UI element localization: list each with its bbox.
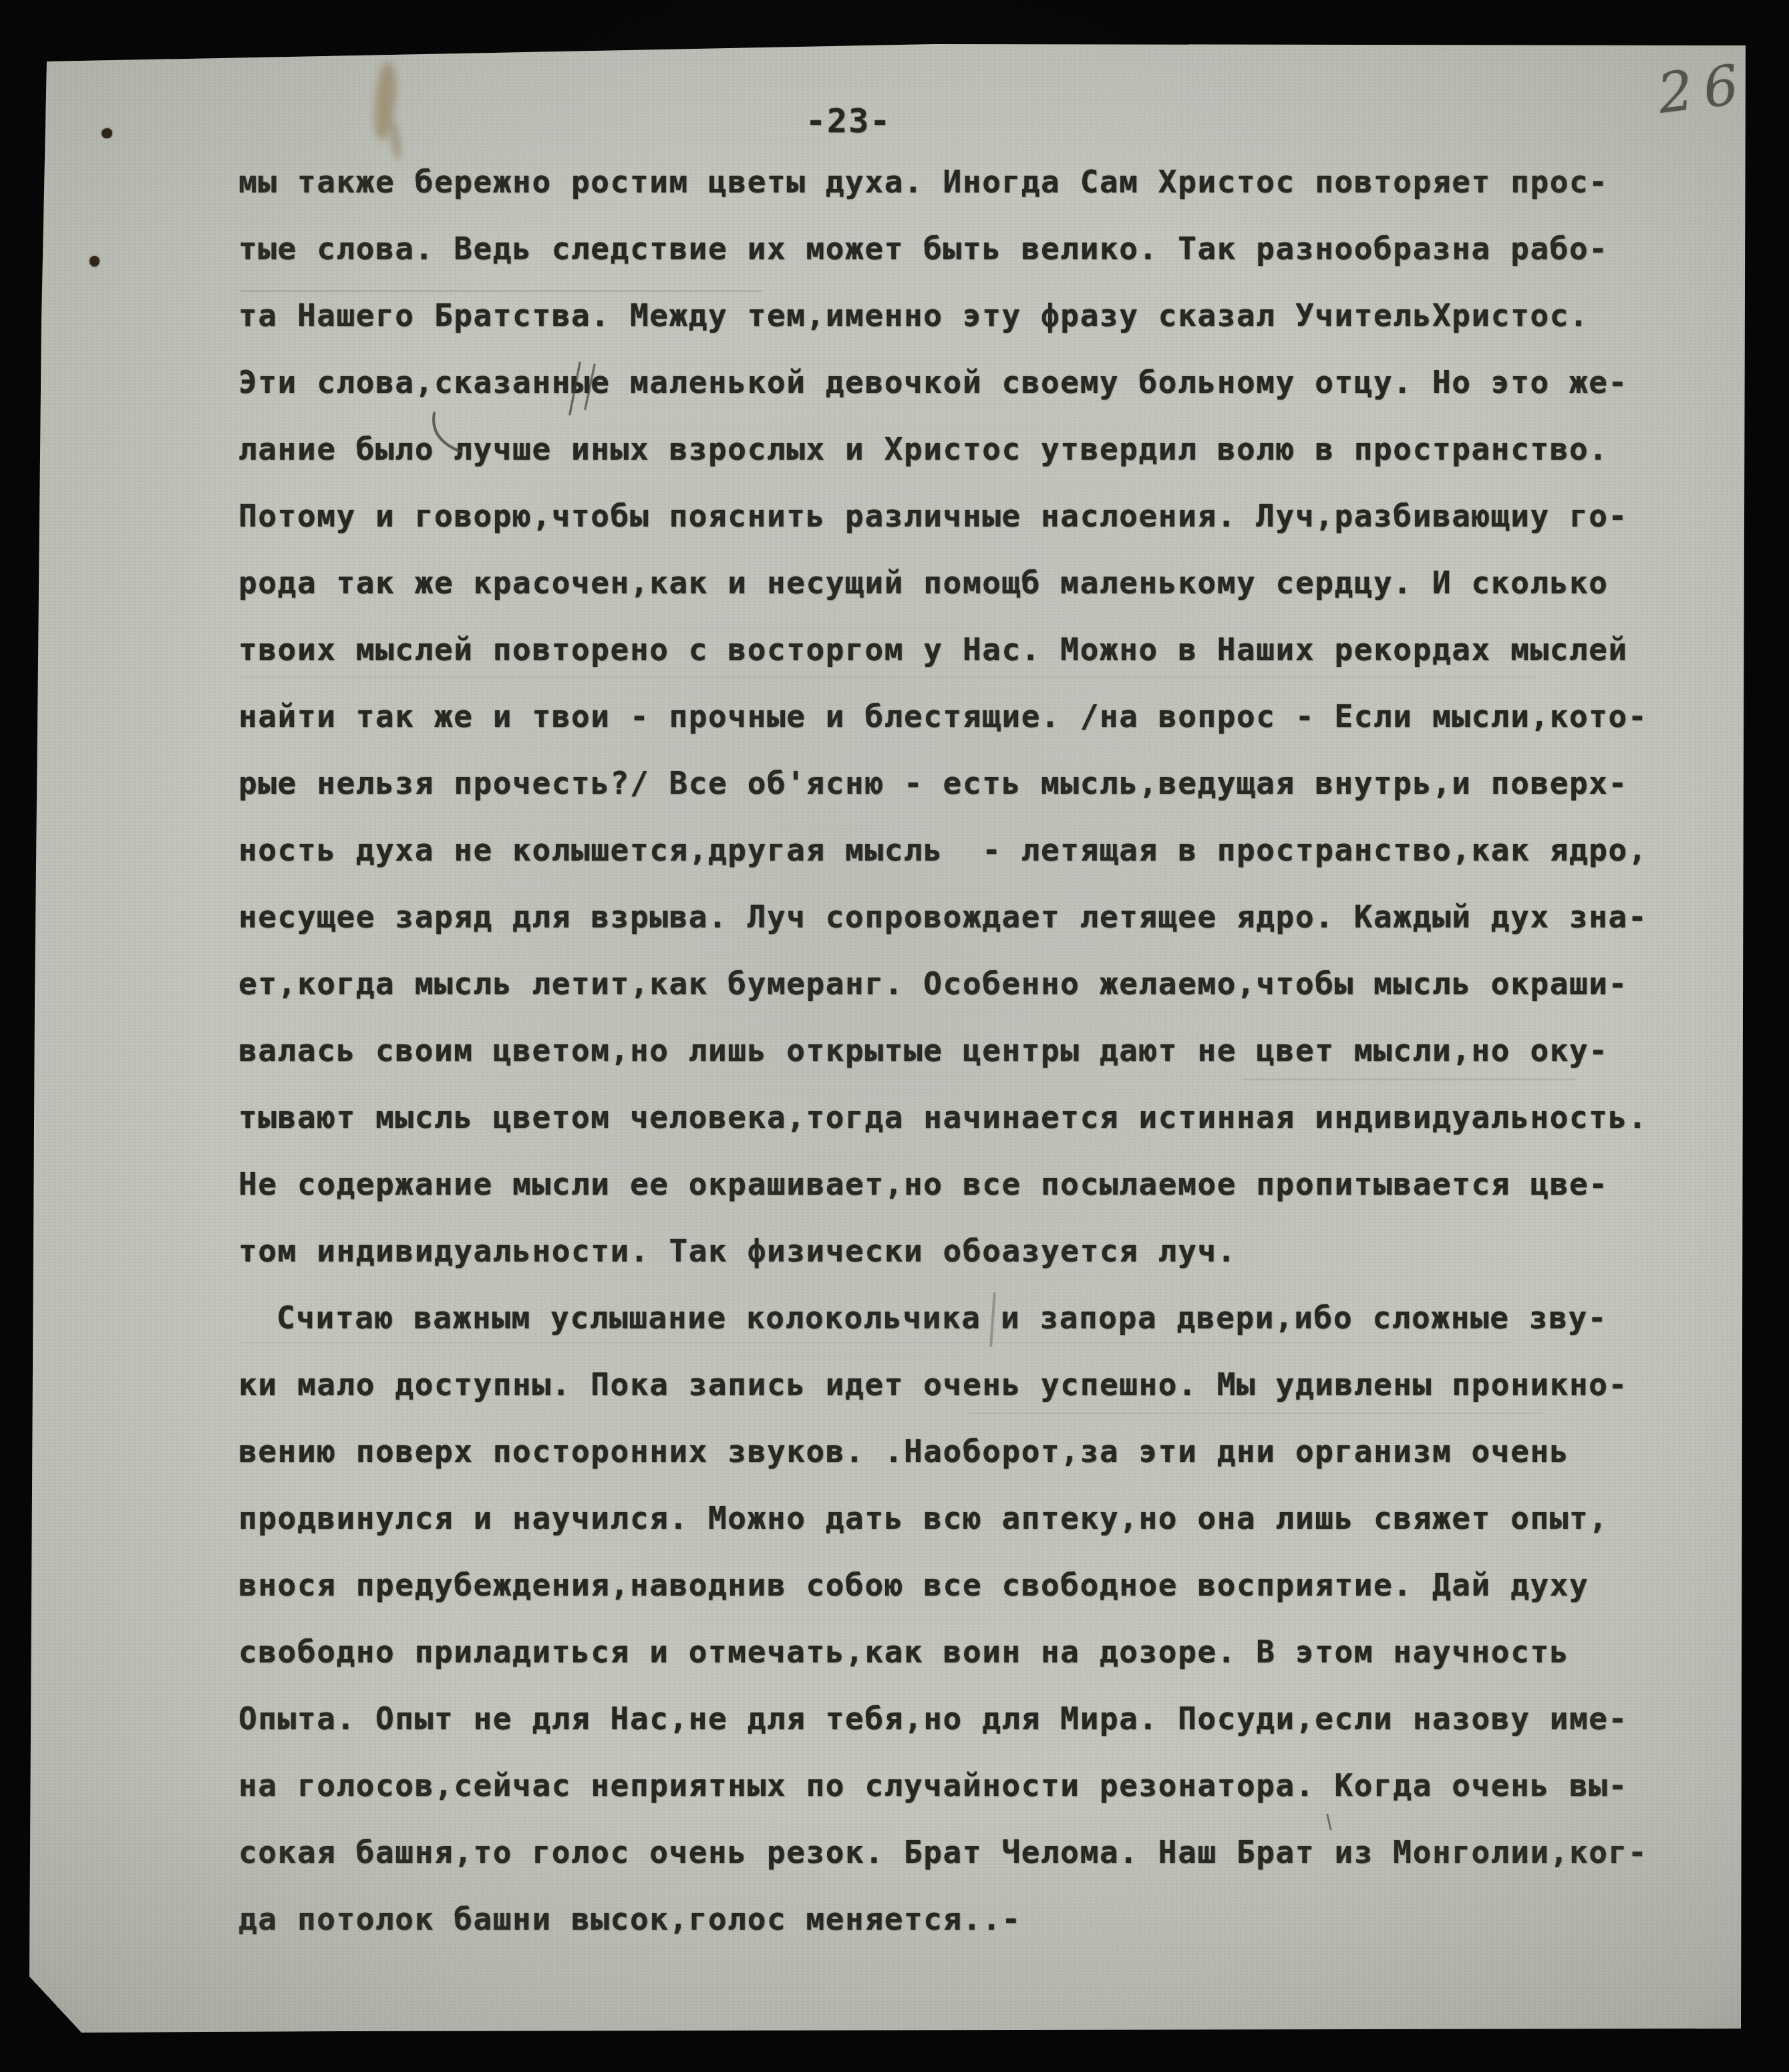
typewriter-text-line: ки мало доступны. Пока запись идет очень…	[238, 1351, 1695, 1418]
typewriter-text-line: тывают мысль цветом человека,тогда начин…	[238, 1084, 1695, 1151]
typewriter-text-line: Потому и говорю,чтобы пояснить различные…	[238, 482, 1695, 549]
typewriter-text-line: несущее заряд для взрыва. Луч сопровожда…	[238, 883, 1695, 950]
ink-speck	[90, 256, 100, 267]
typewriter-text-line: Эти слова,сказанные маленькой девочкой с…	[238, 349, 1695, 416]
typewriter-text-line: свободно приладиться и отмечать,как воин…	[238, 1618, 1695, 1685]
typewriter-text-line: на голосов,сейчас неприятных по случайно…	[238, 1752, 1695, 1819]
typewriter-text-line: продвинулся и научился. Можно дать всю а…	[238, 1485, 1695, 1551]
typewriter-text-line: том индивидуальности. Так физически обоа…	[238, 1217, 1695, 1284]
typewriter-text-line: ность духа не колышется,другая мысль - л…	[238, 817, 1695, 883]
typewriter-text-line: та Нашего Братства. Между тем,именно эту…	[238, 282, 1695, 349]
typewriter-text-line: тые слова. Ведь следствие их может быть …	[238, 215, 1695, 282]
page-number: -23-	[806, 102, 891, 140]
typewriter-text-line: Опыта. Опыт не для Нас,не для тебя,но дл…	[238, 1685, 1695, 1752]
typewritten-text-block: мы также бережно ростим цветы духа. Иног…	[238, 148, 1695, 1952]
typewriter-text-line: лание было лучше иных взрослых и Христос…	[238, 416, 1695, 482]
typewriter-text-line: найти так же и твои - прочные и блестящи…	[238, 683, 1695, 750]
typewriter-text-line: валась своим цветом,но лишь открытые цен…	[238, 1017, 1695, 1084]
typewriter-text-line: Не содержание мысли ее окрашивает,но все…	[238, 1151, 1695, 1217]
typewriter-text-line: рода так же красочен,как и несущий помощ…	[238, 549, 1695, 616]
ink-speck	[102, 128, 112, 138]
typewriter-text-line: вению поверх посторонних звуков. .Наобор…	[238, 1418, 1695, 1485]
typewriter-text-line: внося предубеждения,наводнив собою все с…	[238, 1551, 1695, 1618]
typewriter-text-line: ет,когда мысль летит,как бумеранг. Особе…	[238, 950, 1695, 1017]
typewriter-text-line: да потолок башни высок,голос меняется..-	[238, 1886, 1695, 1952]
typewriter-text-line: рые нельзя прочесть?/ Все об'ясню - есть…	[238, 750, 1695, 817]
typewriter-text-line: Считаю важным услышание колокольчика и з…	[238, 1284, 1695, 1351]
typewriter-text-line: мы также бережно ростим цветы духа. Иног…	[238, 148, 1695, 215]
handwritten-folio-number: 26	[1655, 52, 1753, 126]
paper-sheet: -23- 26 мы также бережно ростим цветы ду…	[0, 0, 1789, 2072]
scanned-document-photo: -23- 26 мы также бережно ростим цветы ду…	[0, 0, 1789, 2072]
typewriter-text-line: твоих мыслей повторено с восторгом у Нас…	[238, 616, 1695, 683]
typewriter-text-line: сокая башня,то голос очень резок. Брат Ч…	[238, 1819, 1695, 1886]
